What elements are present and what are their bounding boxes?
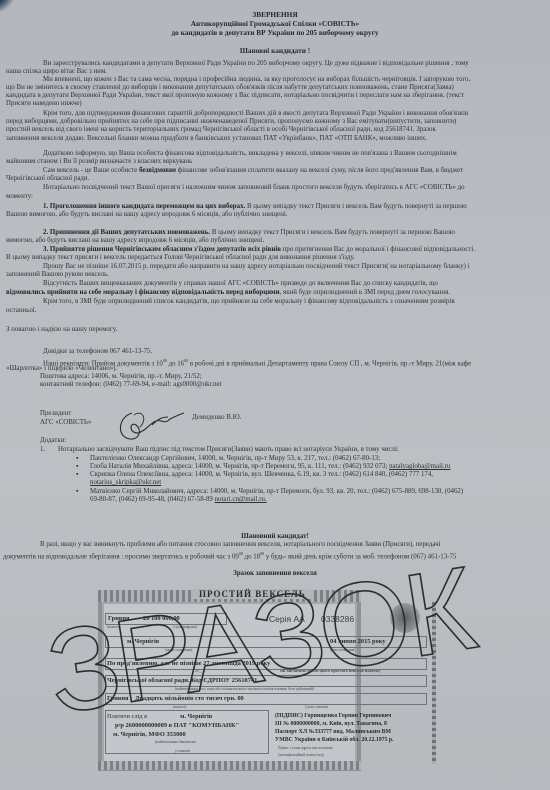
p4-line2: майновим станом і Ви її розмір визначаєт… xyxy=(6,158,192,166)
p8-line1: Відсутність Ваших вищевказаних документі… xyxy=(43,280,438,288)
doc-org: Антикорупційної Громадської Спілки «СОВІ… xyxy=(0,19,550,28)
item1-line2: Вашою вимогою, або будуть вислані на ваш… xyxy=(6,211,288,219)
doc-recipients: до кандидатів в депутати ВР України по 2… xyxy=(0,28,550,37)
handwritten-signature-icon xyxy=(112,405,192,445)
p5-line2: Чернігівської обласної ради. xyxy=(6,175,89,183)
bank-caption-2: установи) xyxy=(175,749,190,753)
drawer-caption-1: Підпис і точна адреса векселедавця xyxy=(278,746,332,750)
doc-title: ЗВЕРНЕННЯ xyxy=(0,10,550,19)
p2-line4: Присяги наведено нижче) xyxy=(6,100,82,108)
drawer-caption-2: Ідентифікаційний номер (код) xyxy=(278,753,324,757)
p7-line2: заповнений Вашою рукою вексель. xyxy=(6,271,109,279)
p9-line1: Крім того, в ЗМІ буде оприлюднений списо… xyxy=(43,298,455,306)
p6-line2: моменту: xyxy=(6,193,33,201)
notary-bullet-4: ▪ xyxy=(76,488,78,496)
bill-bank-city: м. Чернігів, МФО 353000 xyxy=(113,731,186,738)
signer-name: Демиденко В.Ю. xyxy=(192,414,241,422)
notary-4-email-link[interactable]: notari.cn@mail.ru. xyxy=(215,496,267,503)
p3-line4: заповнення векселя додаю. Вексельні блан… xyxy=(6,135,427,143)
bank-caption: (найменування банківської xyxy=(155,740,196,744)
drawer-line4: УМВС України в Київській обл. 20.12.1975… xyxy=(275,737,394,744)
p8-line2: відмовились прийняти на себе моральну і … xyxy=(6,289,450,297)
appendix-item-number: 1. xyxy=(40,446,45,454)
bill-ornament-bottom xyxy=(98,761,361,770)
document-page: ЗВЕРНЕННЯ Антикорупційної Громадської Сп… xyxy=(0,0,550,790)
item2-line2: вимогою, або будуть вислані на вашу адре… xyxy=(6,237,264,245)
amount-words-caption: (сума словами) xyxy=(305,705,328,709)
p6-line1: Нотаріально посвідчений текст Вашої прис… xyxy=(43,184,465,192)
appendix-title: Додатки: xyxy=(40,437,66,445)
notary-4-cont: 69-80-87, (0462) 69-95-48, (0462) 67-58-… xyxy=(90,496,267,504)
notary-3-email-link[interactable]: notarius_skripka@ukr.net xyxy=(90,479,161,487)
notice-title: Шановний кандидат! xyxy=(0,532,550,541)
contact-phone-email: контактний телефон: (0462) 77-69-94, e-m… xyxy=(40,381,222,389)
signer-position-1: Президент xyxy=(40,410,71,418)
p3-line3: простий вексель від свого імені на корис… xyxy=(6,126,436,134)
notice-line1: В разі, якщо у вас виникнуть проблеми аб… xyxy=(40,541,441,549)
drawer-line2: ІІІ № 0000000000, м. Київ, вул. Тавагина… xyxy=(275,721,387,728)
drawer-line1: (ПІДПИС) Горпищенко Горпин Горпинович xyxy=(275,713,391,720)
appendix-item-text: Нотаріально засвідчувати Ваш підпис під … xyxy=(58,446,399,454)
item3-line2: В цьому випадку текст присяги і вексель … xyxy=(6,254,355,262)
signer-position-2: АГС «СОВІСТЬ» xyxy=(40,419,91,427)
notary-2-email-link[interactable]: natalyagloba@mail.ru xyxy=(389,463,450,470)
greeting: Шановні кандидати ! xyxy=(0,46,550,55)
p5-line1: Сам вексель - це Ваше особисте безвідмов… xyxy=(43,167,463,175)
closing: З повагою і надією на нашу перемогу. xyxy=(6,326,117,334)
notary-bullet-3: ▪ xyxy=(76,471,78,479)
drawer-line3: Паспорт ХЛ №333777 вид. Малинським ВМ xyxy=(275,729,391,736)
phone-line: Довідки за телефоном 067 461-13-75. xyxy=(43,348,152,356)
p9-line2: останньої. xyxy=(6,307,36,315)
